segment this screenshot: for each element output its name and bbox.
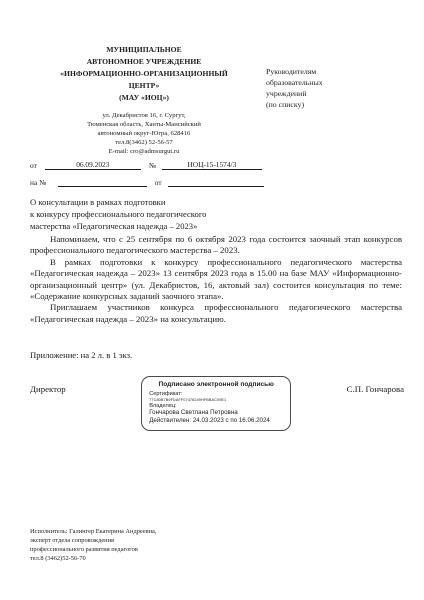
incoming-date-value — [168, 176, 264, 187]
subject-line: мастерства «Педагогическая надежда – 202… — [30, 220, 206, 232]
incoming-date-label: от — [155, 178, 162, 187]
recipient-block: Руководителям образовательных учреждений… — [266, 66, 323, 110]
executor-line: профессионального развития педагогов — [30, 545, 156, 554]
outgoing-number-value: НОЦ-15-1574/3 — [162, 159, 262, 170]
signer-name: С.П. Гончарова — [347, 384, 404, 394]
org-name-line: АВТОНОМНОЕ УЧРЕЖДЕНИЕ — [28, 56, 260, 68]
reference-block: от 06.09.2023 № НОЦ-15-1574/3 на № от — [30, 159, 264, 193]
org-address: ул. Декабристов 16, г. Сургут, Тюменская… — [28, 111, 260, 156]
electronic-signature-stamp: Подписано электронной подписью Сертифика… — [141, 376, 291, 431]
org-header: МУНИЦИПАЛЬНОЕ АВТОНОМНОЕ УЧРЕЖДЕНИЕ «ИНФ… — [28, 44, 260, 156]
outgoing-number-label: № — [149, 161, 156, 170]
executor-line: Исполнитель: Галингер Екатерина Андреевн… — [30, 527, 156, 536]
org-address-line: E-mail: cro@admsurgut.ru — [28, 147, 260, 156]
letter-subject: О консультации в рамках подготовки к кон… — [30, 196, 206, 232]
incoming-number-value — [58, 176, 147, 187]
recipient-line: учреждений — [266, 88, 323, 99]
signer-position: Директор — [30, 384, 66, 394]
stamp-validity: Действителен: 24.03.2023 с по 16.06.2024 — [149, 417, 283, 425]
org-name-line: ЦЕНТР» — [28, 80, 260, 92]
letter-body: Напоминаем, что с 25 сентября по 6 октяб… — [30, 234, 402, 325]
incoming-number-label: на № — [30, 178, 46, 187]
org-address-line: тел.8(3462) 52-56-57 — [28, 138, 260, 147]
signature-row: Директор Подписано электронной подписью … — [30, 376, 404, 431]
executor-line: эксперт отдела сопровождения — [30, 536, 156, 545]
org-name-line: (МАУ «ИОЦ») — [28, 92, 260, 104]
org-address-line: автономный округ-Югра, 628416 — [28, 129, 260, 138]
attachment-note: Приложение: на 2 л. в 1 экз. — [30, 350, 132, 360]
executor-block: Исполнитель: Галингер Екатерина Андреевн… — [30, 527, 156, 563]
org-name-line: «ИНФОРМАЦИОННО-ОРГАНИЗАЦИОННЫЙ — [28, 68, 260, 80]
body-paragraph: Напоминаем, что с 25 сентября по 6 октяб… — [30, 234, 402, 257]
reference-row-outgoing: от 06.09.2023 № НОЦ-15-1574/3 — [30, 159, 264, 170]
outgoing-date-label: от — [30, 161, 37, 170]
stamp-owner-name: Гончарова Светлана Петровна — [149, 409, 283, 417]
recipient-line: образовательных — [266, 77, 323, 88]
subject-line: О консультации в рамках подготовки — [30, 196, 206, 208]
reference-row-incoming: на № от — [30, 176, 264, 187]
body-paragraph: В рамках подготовки к конкурсу профессио… — [30, 257, 402, 303]
org-name-line: МУНИЦИПАЛЬНОЕ — [28, 44, 260, 56]
stamp-title: Подписано электронной подписью — [149, 381, 283, 389]
org-address-line: ул. Декабристов 16, г. Сургут, — [28, 111, 260, 120]
body-paragraph: Приглашаем участников конкурса профессио… — [30, 302, 402, 325]
recipient-line: (по списку) — [266, 99, 323, 110]
letter-document: МУНИЦИПАЛЬНОЕ АВТОНОМНОЕ УЧРЕЖДЕНИЕ «ИНФ… — [0, 0, 424, 600]
subject-line: к конкурсу профессионального педагогичес… — [30, 208, 206, 220]
org-address-line: Тюменская область, Ханты-Мансийский — [28, 120, 260, 129]
outgoing-date-value: 06.09.2023 — [45, 159, 141, 170]
org-name: МУНИЦИПАЛЬНОЕ АВТОНОМНОЕ УЧРЕЖДЕНИЕ «ИНФ… — [28, 44, 260, 104]
recipient-line: Руководителям — [266, 66, 323, 77]
executor-line: тел.8 (3462)52-56-70 — [30, 554, 156, 563]
